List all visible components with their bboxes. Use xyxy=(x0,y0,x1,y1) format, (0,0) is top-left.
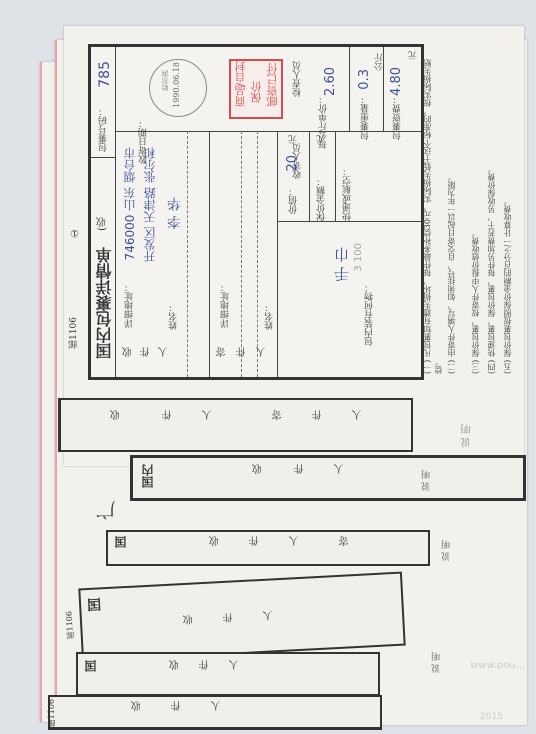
bf1-label-3: 人 xyxy=(201,410,216,420)
back-form-2: 国内 收 件 人 xyxy=(130,455,526,501)
stamp-line-4: 邮资已付 xyxy=(265,63,281,107)
stamp-line-1: 商品 xyxy=(233,85,249,107)
contents-value: 手 巾 xyxy=(331,247,352,282)
back-notes-label-1: 说 明 xyxy=(420,470,433,491)
watermark-date: 2015 xyxy=(480,712,503,722)
bf2-title: 国内 xyxy=(139,464,156,488)
recipient-label-3: 人 xyxy=(157,347,172,357)
bf1-label-5: 件 xyxy=(311,410,326,420)
note-4: (四) 快递包裹、保价包裹，每件另加费若干，另收保价费。 xyxy=(486,44,497,374)
postmark-stamp: 1990.06.18 哈尔滨 xyxy=(149,59,207,117)
stamp-line-2: /自封 xyxy=(233,61,249,87)
weight-label: 包裹重量： xyxy=(359,95,372,140)
parcel-number-value: 785 xyxy=(97,61,113,88)
recipient-label-1: 收 xyxy=(121,347,136,357)
recipient-address-line1: 746000 山东 烟台市 xyxy=(121,147,138,260)
note-5: (五) 保价包裹按照保价金额的百分之一计算收费。 xyxy=(502,44,513,374)
note-3: (三) 保价包裹，按寄件人申报价值收费。 xyxy=(470,44,481,374)
postage-value: 4.80 xyxy=(389,67,404,96)
form-notes: (一) 凡包裹知有遗失损坏，每件最多补偿30元，实际损失低于这个标准的，按实际损… xyxy=(420,44,520,464)
bf4-title: 国 xyxy=(85,597,106,612)
back-form-6: 邮1106 收 件 人 xyxy=(48,695,382,730)
recipient-name-value: 李 华 xyxy=(165,197,185,229)
handwritten-scrawl: 广 xyxy=(92,500,121,520)
bf2-label-1: 收 xyxy=(251,464,266,474)
note-1: (一) 凡包裹知有遗失损坏，每件最多补偿30元，实际损失低于这个标准的，按实际损… xyxy=(422,44,444,374)
bf4-label-1: 收 xyxy=(182,614,198,625)
bf3-label-2: 件 xyxy=(248,536,263,546)
postmark-date: 1990.06.18 xyxy=(172,62,181,108)
recipient-address-label: 详细地址： xyxy=(123,283,136,328)
bf3-label-3: 人 xyxy=(288,536,303,546)
scan-background: 邮1106 ① 国内包裹详情单 (收 包裹号码： 785 收寄日期： 1990.… xyxy=(0,0,536,734)
postage-label: 包裹资费： xyxy=(391,95,404,140)
watermark: www.pou... xyxy=(470,660,525,671)
bf2-label-2: 件 xyxy=(293,464,308,474)
back-form-5: 国 收 件 人 xyxy=(76,652,380,696)
back-form-1: 收 件 人 寄 件 人 xyxy=(58,398,413,452)
bf5-label-2: 件 xyxy=(198,660,213,670)
bf3-label-1: 收 xyxy=(208,536,223,546)
sender-name-label: 姓名： xyxy=(263,303,276,330)
bf6-label-3: 人 xyxy=(210,701,225,711)
bf6-label-2: 件 xyxy=(170,701,185,711)
per-kg-price-label: 每公斤单价： xyxy=(317,95,330,149)
bf6-label-1: 收 xyxy=(130,701,145,711)
sender-address-label: 详细地址： xyxy=(219,283,232,328)
bf3-title: 国 xyxy=(112,536,129,548)
bf1-label-2: 件 xyxy=(161,410,176,420)
bf4-label-2: 件 xyxy=(222,612,238,623)
recipient-label-2: 件 xyxy=(139,347,154,357)
red-postage-stamp: 商品 /自封 保价 邮资已付 xyxy=(229,59,283,119)
parcel-number-label: 包裹号码： xyxy=(97,107,110,152)
postmark-place: 哈尔滨 xyxy=(160,70,170,91)
back-form-3: 国 收 件 人 寄 xyxy=(106,530,430,566)
value-label: 价值： xyxy=(287,187,300,214)
per-kg-price-value: 2.60 xyxy=(323,67,338,96)
bf5-title: 国 xyxy=(82,660,99,672)
notes-heading: 说 明 xyxy=(460,424,475,447)
bf1-label-1: 收 xyxy=(109,410,124,420)
sender-label-1: 寄 xyxy=(215,347,230,357)
weight-unit: 公斤 xyxy=(373,53,386,71)
weight-value: 0.3 xyxy=(357,69,372,90)
bf5-label-3: 人 xyxy=(228,660,243,670)
route-label: 快递或航空： xyxy=(341,167,354,221)
postage-unit: 元 xyxy=(407,51,420,60)
recipient-address-line2: 开发区 天津路 张尔和 xyxy=(141,147,158,263)
recipient-name-label: 姓名： xyxy=(167,303,180,330)
bf4-form-number: 邮1106 xyxy=(63,611,75,640)
form-title-suffix: (收 xyxy=(95,217,110,231)
copy-marker: ① xyxy=(69,227,80,238)
insured-label: 保价金额： xyxy=(315,177,328,222)
bf5-label-1: 收 xyxy=(168,660,183,670)
inspector-label: 检查人员 xyxy=(291,61,304,97)
stamp-line-3: 保价 xyxy=(249,81,265,103)
contents-faint: 3 100 xyxy=(353,243,364,272)
bf6-form-number: 邮1106 xyxy=(46,699,57,727)
back-notes-label-3: 说 明 xyxy=(430,652,443,673)
bf1-label-4: 寄 xyxy=(271,410,286,420)
form-number: 邮1106 xyxy=(67,317,80,349)
value-value: 20 xyxy=(285,155,300,172)
bf1-label-6: 人 xyxy=(351,410,366,420)
bf3-label-4: 寄 xyxy=(338,536,353,546)
contents-label: 包内装有何物： xyxy=(363,283,376,346)
note-2: (二) 由寄件人填写，如须挂号，自交寄日起以一年为限。 xyxy=(446,44,457,374)
bf2-label-3: 人 xyxy=(333,464,348,474)
value-unit: 元 xyxy=(287,135,300,144)
sender-label-2: 件 xyxy=(235,347,250,357)
bf4-label-3: 人 xyxy=(262,610,278,621)
back-notes-label-2: 说 明 xyxy=(440,540,453,561)
parcel-form-main: 邮1106 ① 国内包裹详情单 (收 包裹号码： 785 收寄日期： 1990.… xyxy=(88,44,424,380)
form-title: 国内包裹详情单 xyxy=(93,247,116,359)
